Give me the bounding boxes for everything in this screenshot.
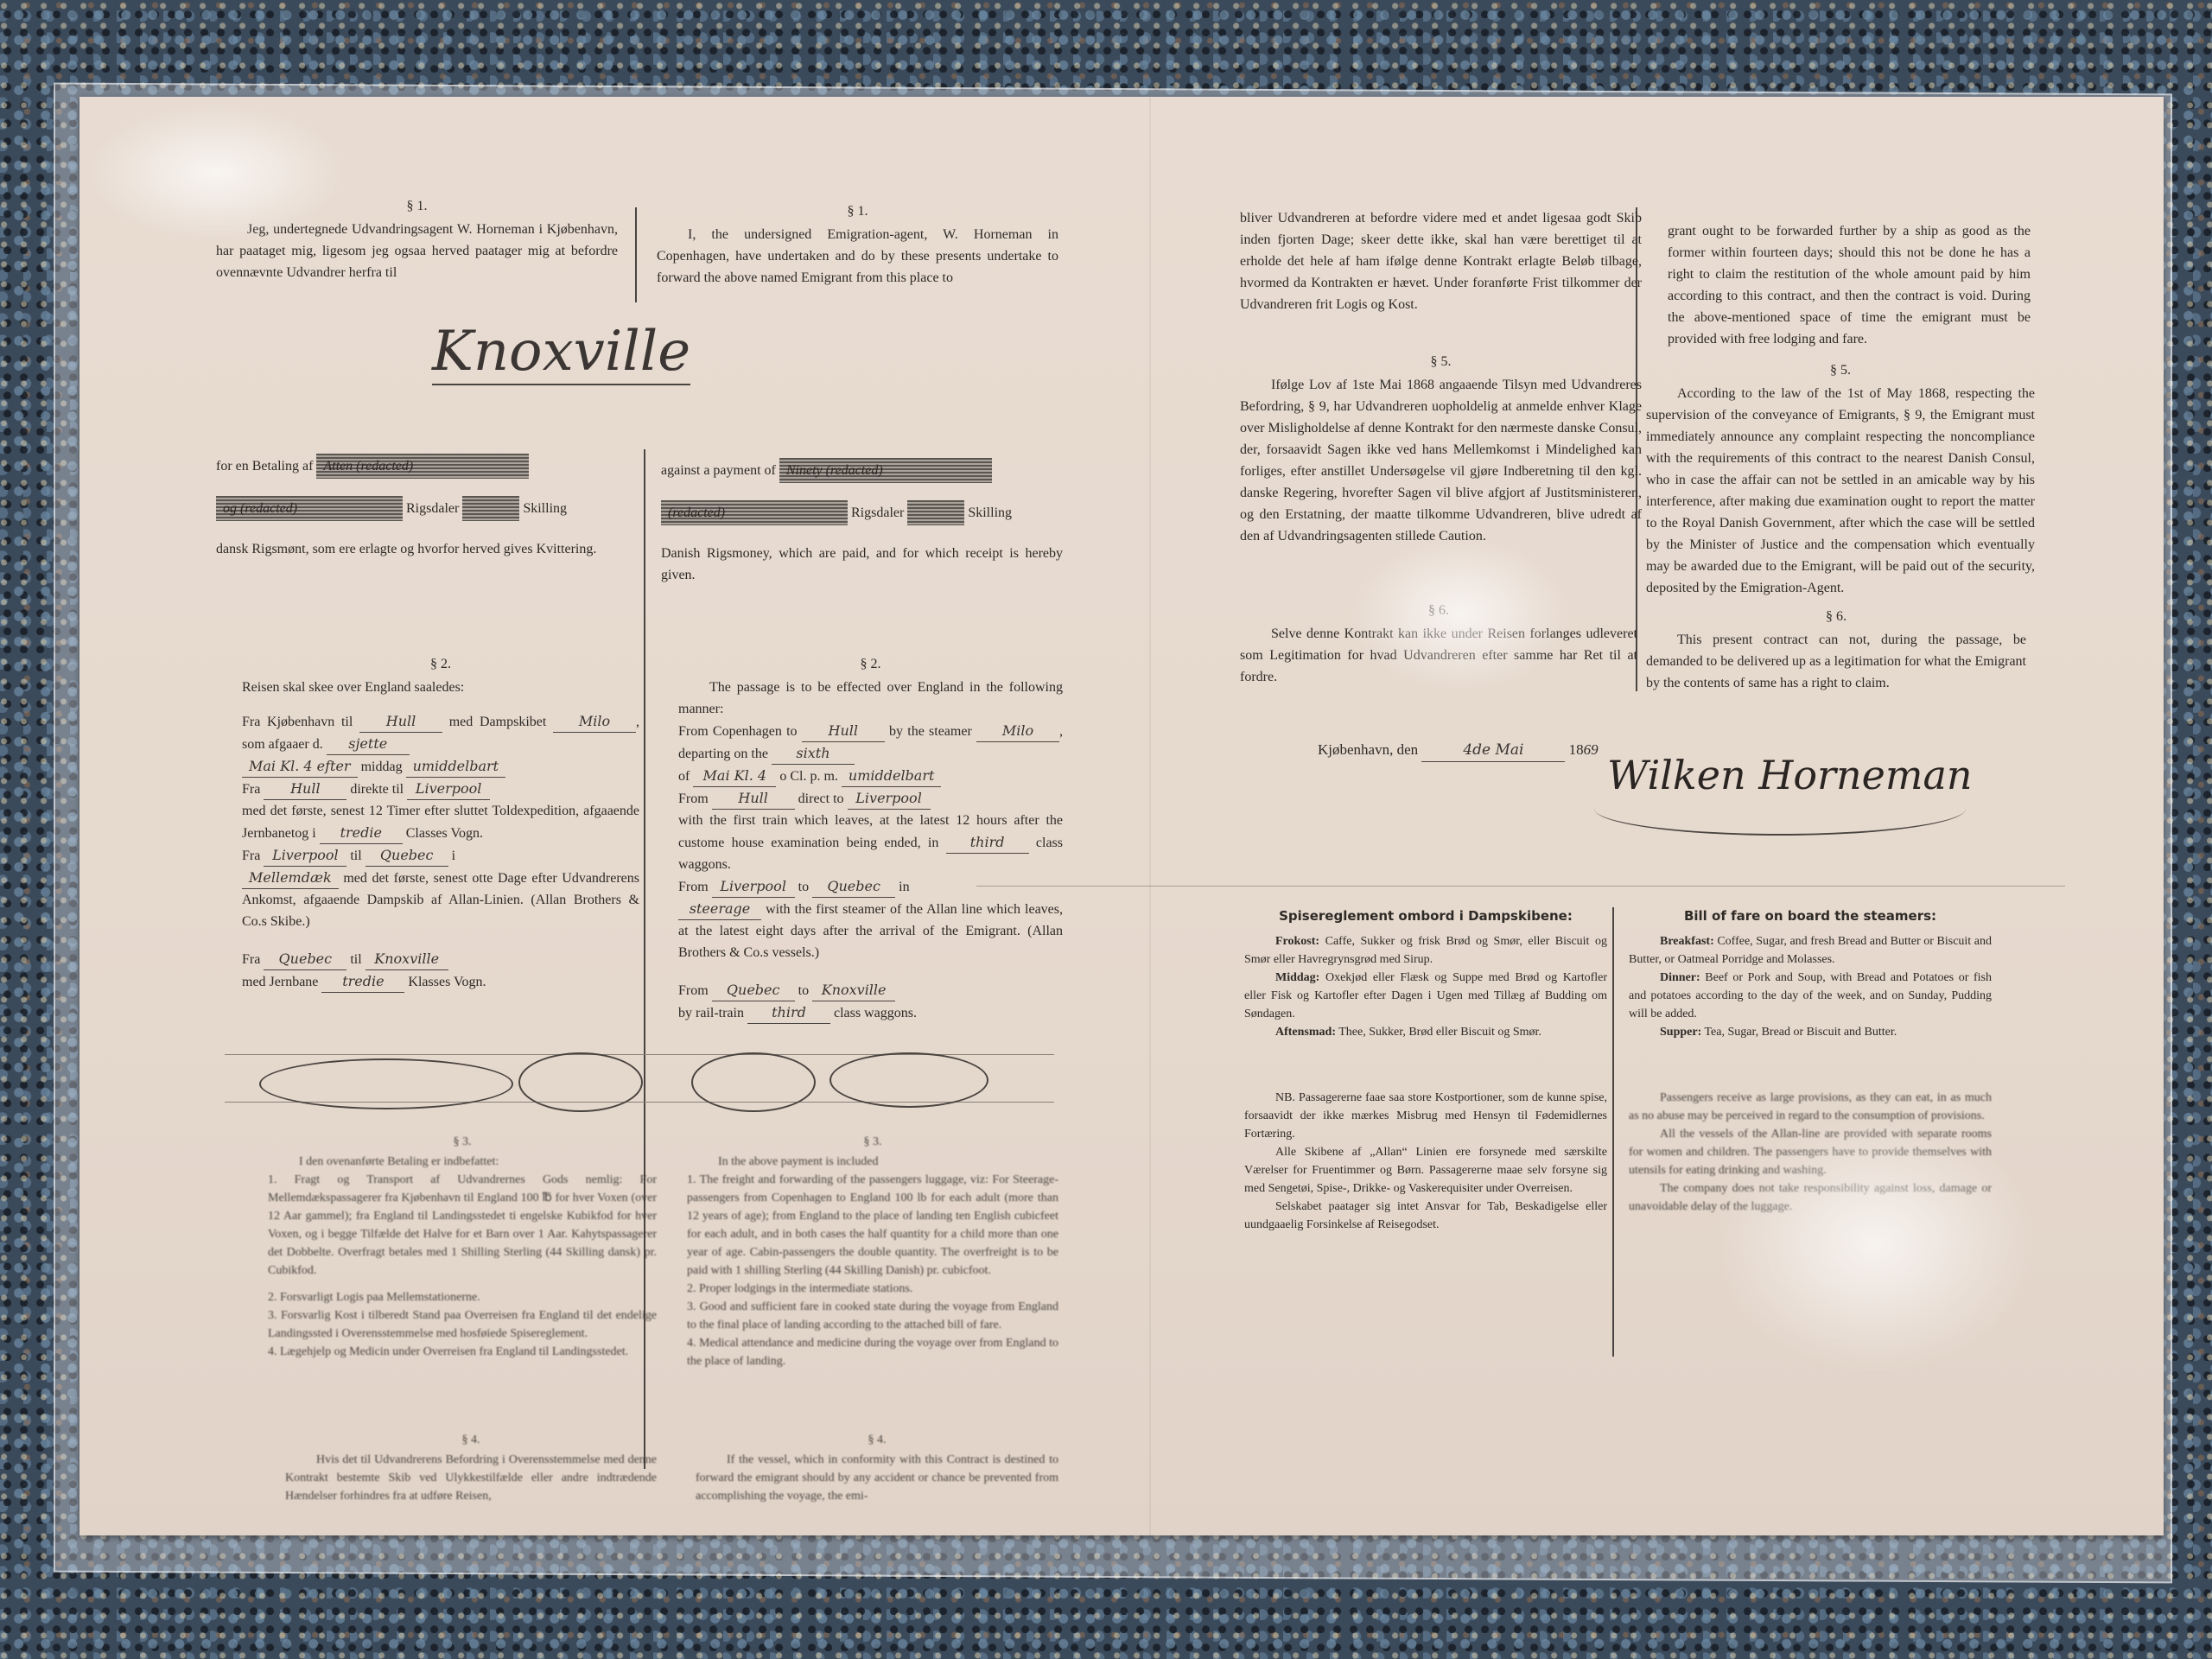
handwritten-field: tredie	[321, 970, 404, 993]
divider-line	[976, 886, 2065, 887]
handwritten-field: Mellemdæk	[242, 867, 339, 889]
redacted-amount: (redacted)	[661, 500, 848, 525]
handwritten-field: Milo	[553, 710, 636, 733]
redacted-skilling	[907, 500, 964, 525]
handwritten-field: Liverpool	[407, 778, 490, 800]
bill-of-fare-danish: Spisereglement ombord i Dampskibene: Fro…	[1244, 907, 1607, 1041]
payment-danish: for en Betaling af Atten (redacted) og (…	[216, 454, 631, 560]
handwritten-field: sjette	[327, 733, 410, 755]
destination-handwritten: Knoxville	[432, 320, 690, 385]
column-divider	[635, 207, 637, 302]
handwritten-field: Milo	[976, 720, 1059, 742]
handwritten-field: Quebec	[812, 875, 895, 898]
bill-of-fare-english: Bill of fare on board the steamers: Brea…	[1629, 907, 1992, 1041]
section-3-english: § 3. In the above payment is included 1.…	[687, 1128, 1058, 1370]
handwritten-field: Hull	[359, 710, 442, 733]
handwritten-field: steerage	[678, 898, 761, 920]
section-4-english: § 4. If the vessel, which in conformity …	[696, 1426, 1058, 1505]
handwritten-field: umiddelbart	[406, 755, 506, 778]
handwritten-field: sixth	[772, 742, 855, 765]
section-6-danish: § 6. Selve denne Kontrakt kan ikke under…	[1240, 594, 1637, 688]
handwritten-field: umiddelbart	[842, 765, 942, 787]
redacted-amount: Atten (redacted)	[316, 454, 529, 479]
section-1-english: § 1. I, the undersigned Emigration-agent…	[657, 195, 1058, 289]
pen-flourish	[518, 1052, 643, 1112]
handwritten-field: tredie	[320, 822, 403, 844]
handwritten-field: Mai Kl. 4 efter	[242, 755, 358, 778]
handwritten-field: Hull	[712, 787, 795, 810]
payment-english: against a payment of Ninety (redacted) (…	[661, 458, 1063, 586]
handwritten-field: Hull	[802, 720, 885, 742]
notes-danish: NB. Passagererne faae saa store Kostport…	[1244, 1089, 1607, 1234]
handwritten-date: 4de Mai	[1421, 740, 1565, 762]
pen-flourish	[829, 1052, 988, 1108]
handwritten-field: Quebec	[365, 844, 448, 867]
center-fold	[1149, 97, 1151, 1535]
section-4-english-continued: grant ought to be forwarded further by a…	[1668, 220, 2031, 350]
handwritten-field: Liverpool	[848, 787, 931, 810]
section-4-danish: § 4. Hvis det til Udvandrerens Befordrin…	[285, 1426, 657, 1505]
redacted-amount: og (redacted)	[216, 496, 403, 521]
handwritten-year: 69	[1584, 741, 1599, 758]
section-2-english: § 2. The passage is to be effected over …	[678, 648, 1063, 1024]
section-4-danish-continued: bliver Udvandreren at befordre videre me…	[1240, 207, 1642, 315]
section-3-danish: § 3. I den ovenanførte Betaling er indbe…	[268, 1128, 657, 1361]
section-5-danish: § 5. Ifølge Lov af 1ste Mai 1868 angaaen…	[1240, 346, 1642, 547]
handwritten-field: Liverpool	[264, 844, 346, 867]
handwritten-field: third	[946, 831, 1029, 854]
handwritten-field: Knoxville	[365, 948, 448, 970]
pen-flourish	[691, 1052, 816, 1112]
column-divider	[1612, 907, 1614, 1357]
handwritten-field: third	[747, 1001, 830, 1024]
handwritten-field: Knoxville	[812, 979, 895, 1001]
signature-flourish	[1594, 782, 1966, 836]
section-6-english: § 6. This present contract can not, duri…	[1646, 601, 2026, 694]
section-2-danish: § 2. Reisen skal skee over England saale…	[242, 648, 639, 993]
section-5-english: § 5. According to the law of the 1st of …	[1646, 354, 2035, 599]
pen-flourish	[259, 1058, 513, 1109]
redacted-skilling	[462, 496, 519, 521]
handwritten-field: Quebec	[264, 948, 346, 970]
section-1-danish: § 1. Jeg, undertegnede Udvandringsagent …	[216, 190, 618, 283]
notes-english: Passengers receive as large provisions, …	[1629, 1089, 1992, 1216]
handwritten-field: Mai Kl. 4	[693, 765, 776, 787]
handwritten-field: Hull	[264, 778, 346, 800]
handwritten-field: Quebec	[712, 979, 795, 1001]
handwritten-field: Liverpool	[712, 875, 795, 898]
redacted-amount: Ninety (redacted)	[779, 458, 992, 483]
